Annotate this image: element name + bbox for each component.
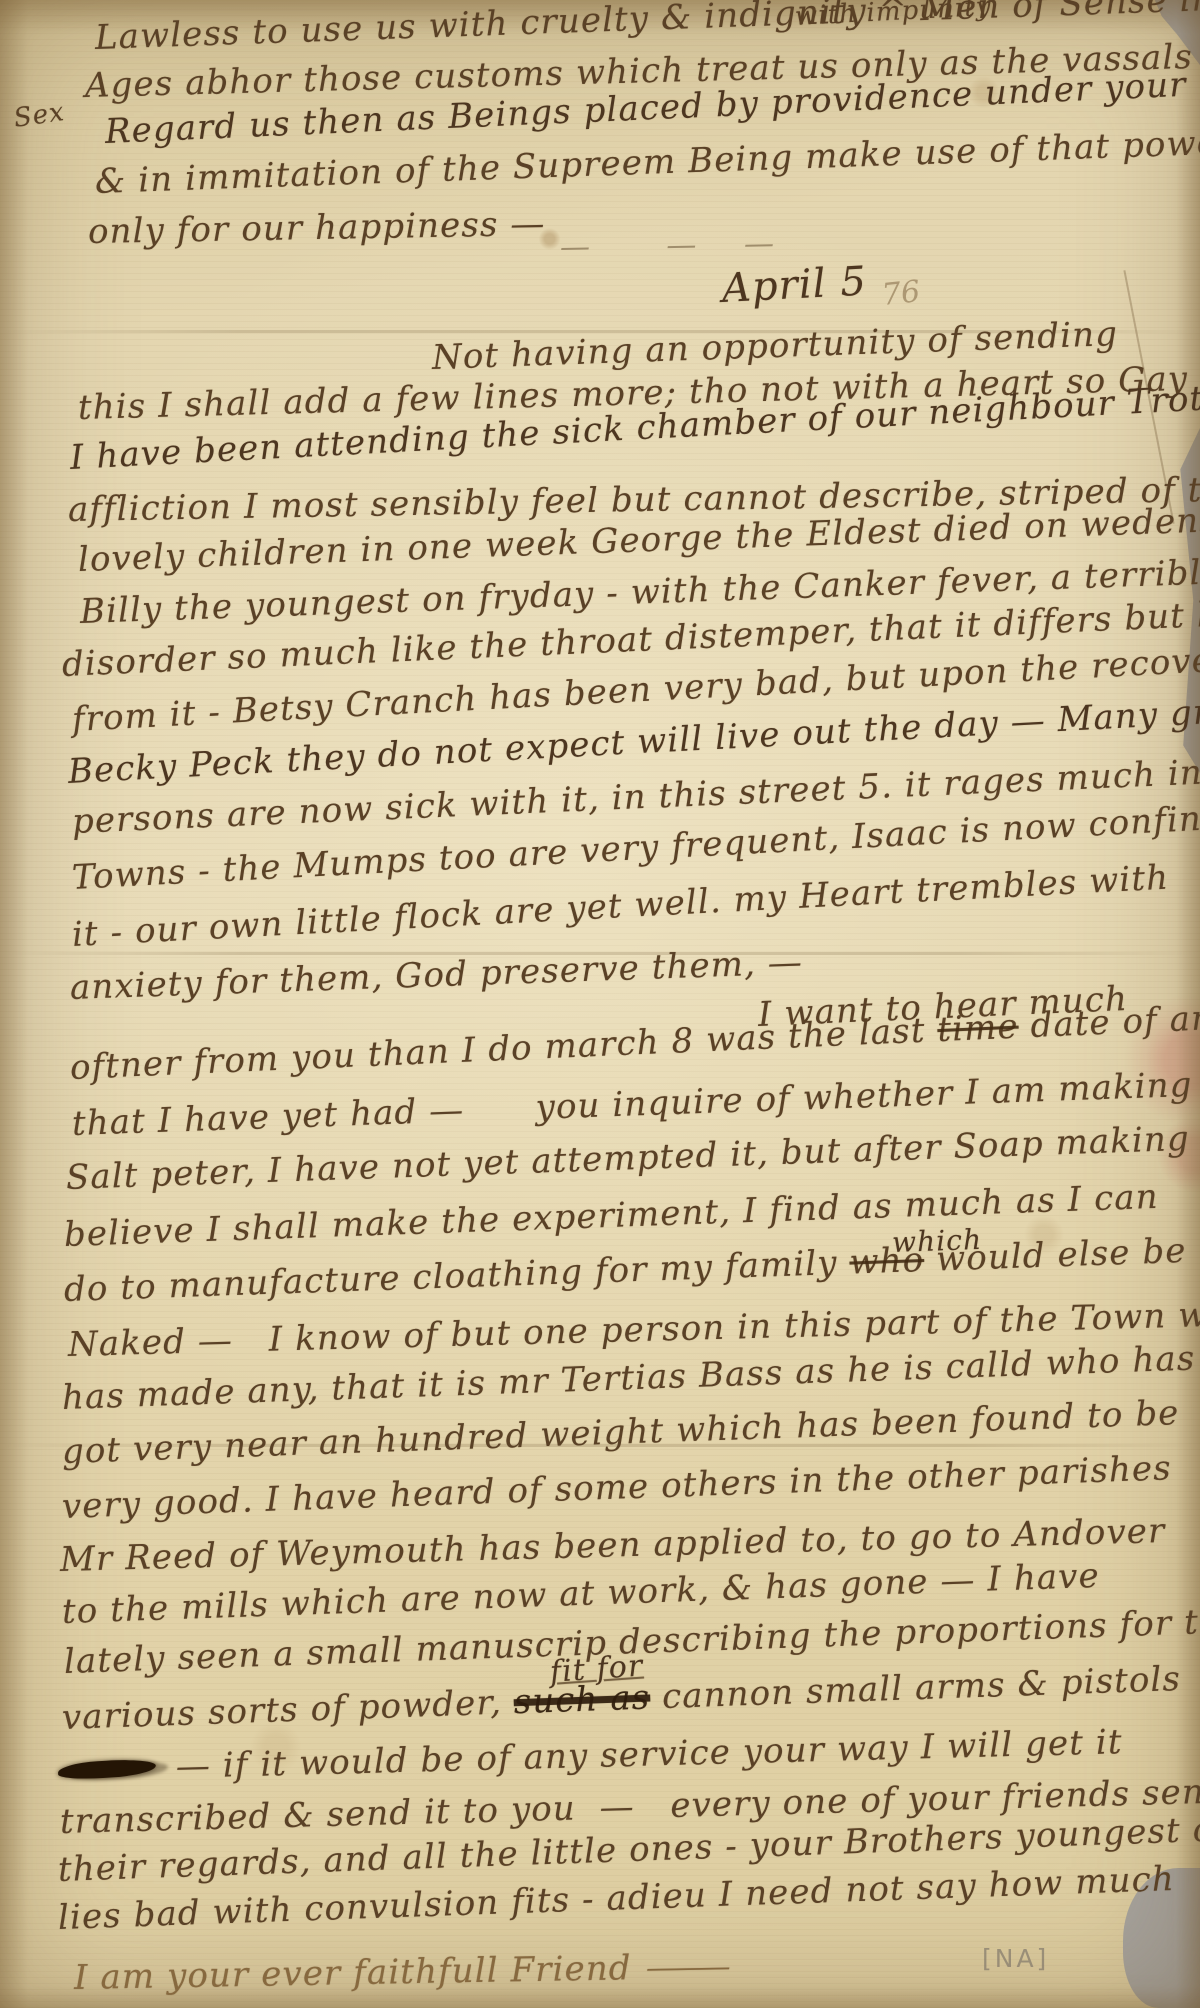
strikethrough-text: time [936, 1007, 1019, 1051]
pencil-archival-mark: [NA] [982, 1944, 1049, 1973]
edge-shadow-left [0, 0, 28, 2008]
line-text: date of any [1018, 997, 1200, 1046]
strikethrough-text: who [849, 1240, 925, 1283]
ink-blot [57, 1758, 156, 1781]
pen-flourish-dashes: — — — [560, 226, 775, 265]
manuscript-letter-scan: with impunity Sex Lawless to use us with… [0, 0, 1200, 2008]
blotted-strikethrough-text: such as [513, 1677, 651, 1722]
letter-line: only for our happiness — [88, 204, 546, 252]
date-heading: April 5 [721, 258, 868, 312]
date-faint-year: 76 [880, 274, 922, 313]
